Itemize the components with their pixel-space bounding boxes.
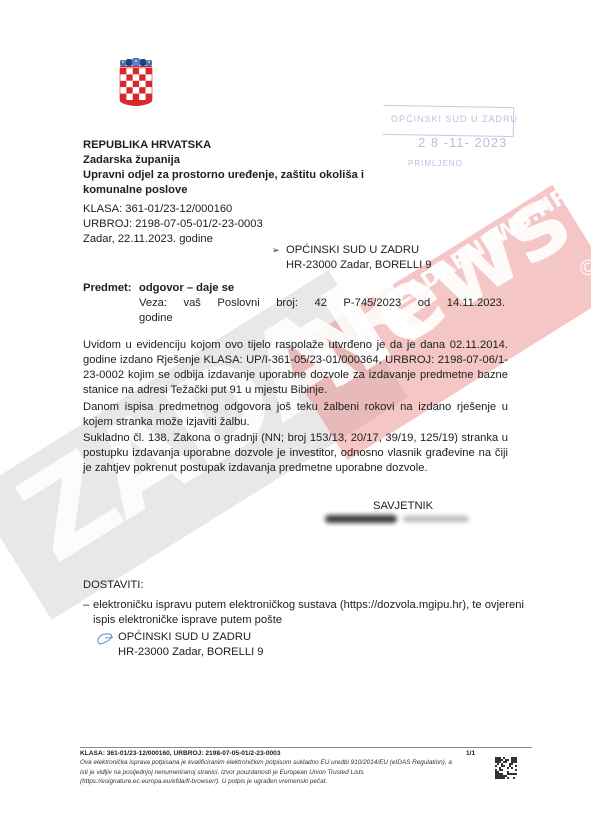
subject-label: Predmet: [83, 281, 132, 296]
header-county: Zadarska županija [83, 153, 180, 168]
arrow-bullet-icon: ➢ [272, 243, 286, 258]
stamp-bottom: PRIMLJENO [408, 156, 463, 171]
stamp-title: OPĆINSKI SUD U ZADRU [391, 112, 518, 127]
header-country: REPUBLIKA HRVATSKA [83, 138, 211, 153]
header-urbroj: URBROJ: 2198-07-05-01/2-23-0003 [83, 217, 263, 232]
delivery-recipient-name: OPĆINSKI SUD U ZADRU [118, 630, 264, 645]
delivery-dash: – [83, 598, 89, 613]
footer-reference: KLASA: 361-01/23-12/000160, URBROJ: 2198… [80, 749, 281, 758]
recipient-block: ➢OPĆINSKI SUD U ZADRU HR-23000 Zadar, BO… [272, 243, 432, 273]
signer-name-redacted [325, 513, 470, 525]
body-paragraph: Uvidom u evidenciju kojom ovo tijelo ras… [83, 338, 508, 398]
footer-divider [80, 747, 532, 748]
watermark-copyright: © [577, 257, 591, 278]
delivery-recipient: OPĆINSKI SUD U ZADRU HR-23000 Zadar, BOR… [118, 630, 264, 660]
footer-signature-note: Ova elektronička isprava potpisana je kv… [80, 758, 460, 787]
header-department-line1: Upravni odjel za prostorno uređenje, zaš… [83, 168, 364, 183]
footer-page-number: 1/1 [466, 749, 475, 758]
croatian-coat-of-arms-icon [119, 58, 153, 106]
signer-title: SAVJETNIK [373, 499, 433, 514]
subject-reference-cont: godine [139, 311, 173, 326]
delivery-recipient-address: HR-23000 Zadar, BORELLI 9 [118, 645, 264, 660]
stamp-frame [383, 105, 515, 137]
body-paragraph: Sukladno čl. 138. Zakona o gradnji (NN; … [83, 431, 508, 476]
subject-reference: Veza: vaš Poslovni broj: 42 P-745/2023 o… [139, 296, 505, 311]
delivery-heading: DOSTAVITI: [83, 578, 144, 593]
stamp-date: 2 8 -11- 2023 [418, 135, 507, 150]
received-stamp: OPĆINSKI SUD U ZADRU 2 8 -11- 2023 PRIML… [383, 102, 518, 168]
recipient-name: OPĆINSKI SUD U ZADRU [286, 244, 419, 256]
qr-code-icon [495, 757, 517, 779]
header-klasa: KLASA: 361-01/23-12/000160 [83, 202, 232, 217]
body-paragraph: Danom ispisa predmetnog odgovora još tek… [83, 400, 508, 430]
header-department-line2: komunalne poslove [83, 183, 187, 198]
recipient-address: HR-23000 Zadar, BORELLI 9 [272, 258, 432, 273]
header-place-date: Zadar, 22.11.2023. godine [83, 232, 213, 247]
delivery-item: elektroničku ispravu putem elektroničkog… [93, 598, 533, 628]
handwritten-check-mark-icon [96, 632, 116, 646]
subject-title: odgovor – daje se [139, 281, 234, 296]
